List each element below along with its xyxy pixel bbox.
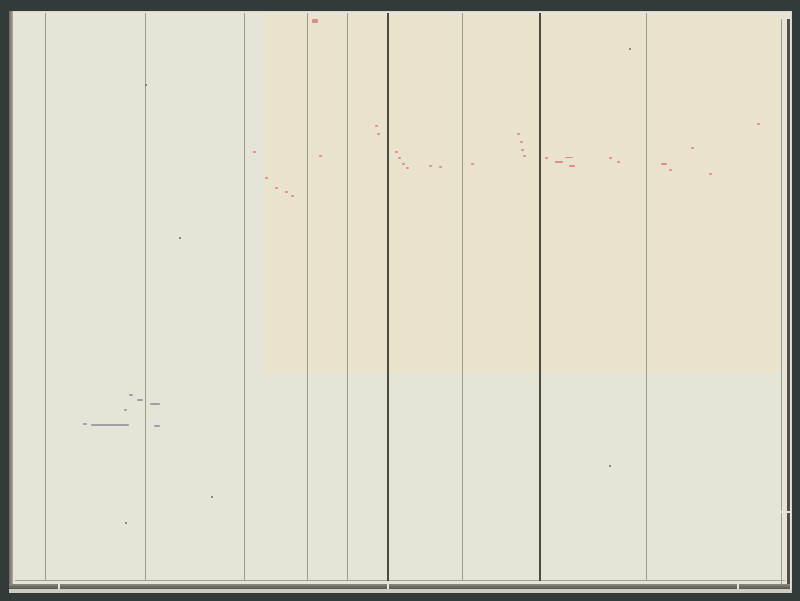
discoloration-area [265, 15, 780, 373]
border-gap [58, 581, 60, 589]
column-rule-1 [45, 13, 46, 581]
border-gap [737, 581, 739, 589]
speck [179, 237, 181, 239]
speck [629, 48, 631, 50]
column-rule-9 [646, 13, 647, 581]
column-rule-7 [462, 13, 463, 581]
speck [125, 522, 127, 524]
column-rule-4 [307, 13, 308, 581]
column-rule-5 [347, 13, 348, 581]
right-border-outer-rule [787, 19, 790, 587]
column-rule-8-heavy [539, 13, 541, 581]
bottom-border-inner-rule [15, 580, 785, 581]
column-rule-3 [244, 13, 245, 581]
column-rule-6-heavy [387, 13, 389, 581]
speck [609, 465, 611, 467]
ledger-sheet [9, 11, 792, 593]
right-border-inner-rule [781, 19, 782, 587]
bottom-paper-edge [9, 589, 792, 593]
column-rule-2 [145, 13, 146, 581]
border-gap [387, 581, 389, 589]
left-border [9, 11, 13, 587]
right-border-notch [779, 511, 791, 513]
scanned-page [0, 0, 800, 601]
speck [211, 496, 213, 498]
speck [145, 84, 147, 86]
